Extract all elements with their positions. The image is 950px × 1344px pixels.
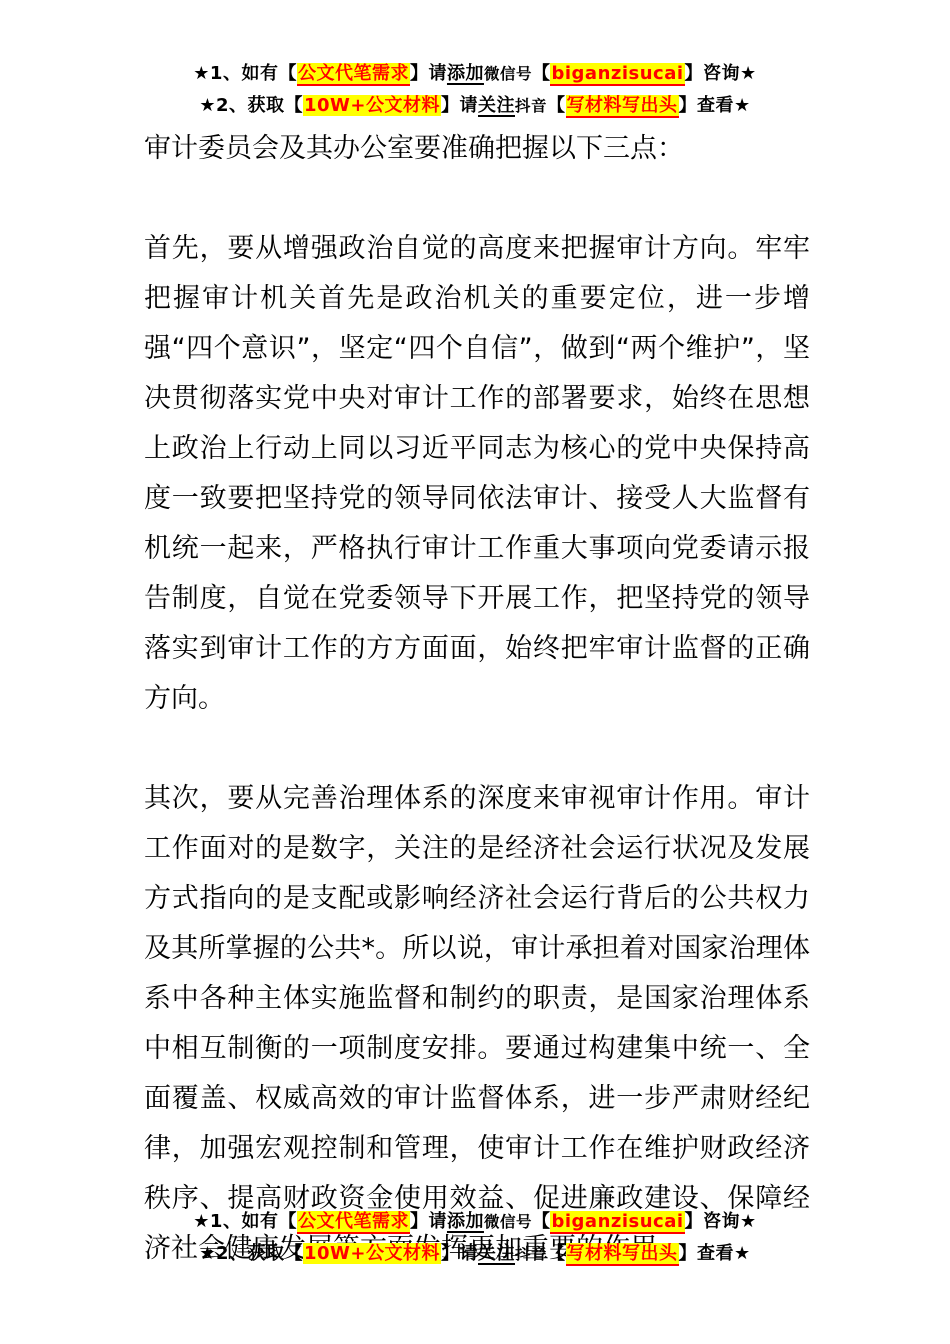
promo-douyin-label: 抖音 bbox=[515, 97, 547, 115]
promo-prefix: ★1、如有【 bbox=[193, 1211, 297, 1232]
paragraph-second-point: 其次，要从完善治理体系的深度来审视审计作用。审计工作面对的是数字，关注的是经济社… bbox=[144, 774, 810, 1274]
promo-header: ★1、如有【公文代笔需求】请添加微信号【biganzisucai】咨询★ ★2、… bbox=[0, 58, 950, 122]
promo-highlight-materials: 10W+公文材料 bbox=[303, 95, 441, 116]
promo-underlined-add: 添加 bbox=[447, 1211, 484, 1232]
document-page: ★1、如有【公文代笔需求】请添加微信号【biganzisucai】咨询★ ★2、… bbox=[0, 0, 950, 1344]
promo-suffix: 】咨询★ bbox=[685, 63, 757, 84]
promo-suffix: 】查看★ bbox=[679, 1243, 751, 1264]
promo-highlight-wechat-id: biganzisucai bbox=[550, 63, 684, 86]
paragraph-intro: 审计委员会及其办公室要准确把握以下三点： bbox=[144, 124, 810, 174]
promo-highlight-douyin-name: 写材料写出头 bbox=[566, 95, 679, 118]
promo-prefix: ★2、获取【 bbox=[199, 95, 303, 116]
promo-suffix: 】查看★ bbox=[679, 95, 751, 116]
promo-text: 】请 bbox=[410, 63, 447, 84]
promo-highlight-writing-service: 公文代笔需求 bbox=[297, 1211, 410, 1234]
promo-bracket: 【 bbox=[547, 1243, 566, 1264]
promo-text: 】请 bbox=[441, 1243, 478, 1264]
paragraph-first-point: 首先，要从增强政治自觉的高度来把握审计方向。牢牢把握审计机关首先是政治机关的重要… bbox=[144, 224, 810, 724]
promo-wechat-label: 微信号 bbox=[484, 65, 532, 83]
promo-bracket: 【 bbox=[547, 95, 566, 116]
promo-bracket: 【 bbox=[532, 63, 551, 84]
promo-bracket: 【 bbox=[532, 1211, 551, 1232]
promo-highlight-douyin-name: 写材料写出头 bbox=[566, 1243, 679, 1266]
promo-text: 】请 bbox=[410, 1211, 447, 1232]
promo-footer: ★1、如有【公文代笔需求】请添加微信号【biganzisucai】咨询★ ★2、… bbox=[0, 1206, 950, 1270]
promo-highlight-wechat-id: biganzisucai bbox=[550, 1211, 684, 1234]
promo-prefix: ★1、如有【 bbox=[193, 63, 297, 84]
promo-underlined-follow: 关注 bbox=[478, 1243, 515, 1264]
promo-header-line-2: ★2、获取【10W+公文材料】请关注抖音【写材料写出头】查看★ bbox=[0, 90, 950, 122]
promo-prefix: ★2、获取【 bbox=[199, 1243, 303, 1264]
promo-underlined-follow: 关注 bbox=[478, 95, 515, 116]
promo-highlight-writing-service: 公文代笔需求 bbox=[297, 63, 410, 86]
promo-text: 】请 bbox=[441, 95, 478, 116]
document-body: 审计委员会及其办公室要准确把握以下三点： 首先，要从增强政治自觉的高度来把握审计… bbox=[144, 124, 810, 1274]
promo-underlined-add: 添加 bbox=[447, 63, 484, 84]
promo-douyin-label: 抖音 bbox=[515, 1245, 547, 1263]
promo-footer-line-2: ★2、获取【10W+公文材料】请关注抖音【写材料写出头】查看★ bbox=[0, 1238, 950, 1270]
promo-header-line-1: ★1、如有【公文代笔需求】请添加微信号【biganzisucai】咨询★ bbox=[0, 58, 950, 90]
promo-footer-line-1: ★1、如有【公文代笔需求】请添加微信号【biganzisucai】咨询★ bbox=[0, 1206, 950, 1238]
promo-wechat-label: 微信号 bbox=[484, 1213, 532, 1231]
promo-suffix: 】咨询★ bbox=[685, 1211, 757, 1232]
promo-highlight-materials: 10W+公文材料 bbox=[303, 1243, 441, 1264]
